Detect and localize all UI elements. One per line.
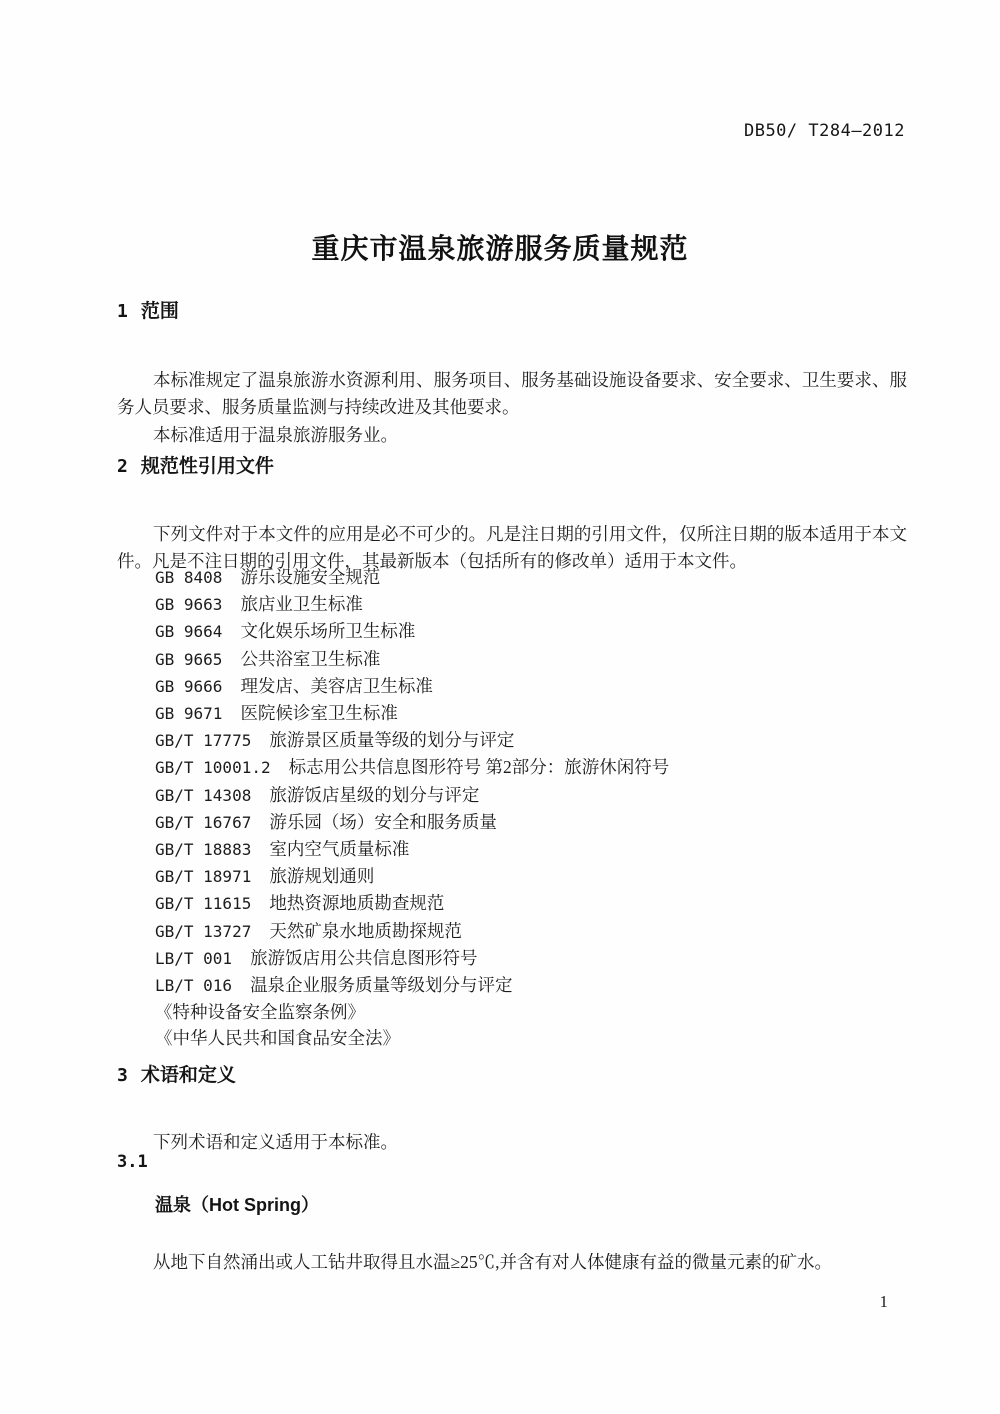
reference-code: GB/T 13727	[155, 919, 251, 945]
reference-code: GB/T 18971	[155, 864, 251, 890]
reference-code: GB/T 16767	[155, 810, 251, 836]
reference-code: GB 9664	[155, 619, 222, 645]
reference-item: GB/T 11615地热资源地质勘查规范	[155, 890, 915, 917]
reference-title: 医院候诊室卫生标准	[240, 703, 398, 723]
reference-title: 地热资源地质勘查规范	[269, 893, 444, 913]
section-3-heading: 3术语和定义	[117, 1060, 236, 1087]
reference-title: 天然矿泉水地质勘探规范	[269, 921, 462, 941]
section-1-heading: 1范围	[117, 296, 179, 323]
reference-code: GB/T 14308	[155, 783, 251, 809]
reference-title: 公共浴室卫生标准	[240, 649, 380, 669]
reference-item: 《中华人民共和国食品安全法》	[155, 1025, 915, 1051]
reference-title: 旅游景区质量等级的划分与评定	[269, 730, 514, 750]
normative-references-list: GB 8408游乐设施安全规范 GB 9663旅店业卫生标准 GB 9664文化…	[155, 564, 915, 1052]
reference-code: GB 9665	[155, 647, 222, 673]
term-definition: 从地下自然涌出或人工钻井取得且水温≥25℃,并含有对人体健康有益的微量元素的矿水…	[117, 1249, 907, 1276]
reference-title: 旅游规划通则	[269, 866, 374, 886]
reference-item: GB 8408游乐设施安全规范	[155, 564, 915, 591]
reference-title: 游乐园（场）安全和服务质量	[269, 812, 497, 832]
section-1-paragraph-2: 本标准适用于温泉旅游服务业。	[117, 422, 907, 449]
section-1-title: 范围	[141, 301, 179, 322]
reference-code: GB/T 17775	[155, 728, 251, 754]
standard-code: DB50/ T284—2012	[744, 121, 905, 141]
section-2-heading: 2规范性引用文件	[117, 451, 274, 478]
reference-code: GB/T 10001.2	[155, 755, 271, 781]
page-number: 1	[880, 1292, 889, 1312]
section-3-number: 3	[117, 1065, 128, 1086]
section-3-intro: 下列术语和定义适用于本标准。	[117, 1129, 907, 1156]
reference-title: 理发店、美容店卫生标准	[240, 676, 433, 696]
reference-item: LB/T 001旅游饭店用公共信息图形符号	[155, 945, 915, 972]
document-page: DB50/ T284—2012 重庆市温泉旅游服务质量规范 1范围 本标准规定了…	[0, 0, 1000, 1414]
reference-item: GB/T 18971旅游规划通则	[155, 863, 915, 890]
reference-item: GB/T 13727天然矿泉水地质勘探规范	[155, 918, 915, 945]
reference-item: LB/T 016温泉企业服务质量等级划分与评定	[155, 972, 915, 999]
reference-item: GB 9665公共浴室卫生标准	[155, 646, 915, 673]
reference-title: 游乐设施安全规范	[240, 567, 380, 587]
reference-title: 温泉企业服务质量等级划分与评定	[250, 975, 513, 995]
reference-item: GB/T 18883室内空气质量标准	[155, 836, 915, 863]
reference-item: 《特种设备安全监察条例》	[155, 999, 915, 1025]
section-2-number: 2	[117, 456, 128, 477]
reference-code: GB/T 11615	[155, 891, 251, 917]
reference-title: 旅游饭店用公共信息图形符号	[250, 948, 478, 968]
reference-item: GB/T 10001.2标志用公共信息图形符号 第2部分：旅游休闲符号	[155, 754, 915, 781]
section-1-number: 1	[117, 301, 128, 322]
reference-item: GB 9664文化娱乐场所卫生标准	[155, 618, 915, 645]
reference-code: GB 9663	[155, 592, 222, 618]
reference-item: GB/T 17775旅游景区质量等级的划分与评定	[155, 727, 915, 754]
reference-code: GB 8408	[155, 565, 222, 591]
reference-code: GB/T 18883	[155, 837, 251, 863]
reference-title: 旅店业卫生标准	[240, 594, 363, 614]
reference-title: 《中华人民共和国食品安全法》	[155, 1028, 400, 1048]
reference-code: LB/T 001	[155, 946, 232, 972]
reference-title: 旅游饭店星级的划分与评定	[269, 785, 479, 805]
term-name: 温泉（Hot Spring）	[155, 1191, 319, 1217]
reference-code: LB/T 016	[155, 973, 232, 999]
document-title: 重庆市温泉旅游服务质量规范	[0, 227, 1000, 267]
term-number: 3.1	[117, 1152, 148, 1172]
reference-title: 标志用公共信息图形符号 第2部分：旅游休闲符号	[289, 757, 670, 777]
reference-title: 《特种设备安全监察条例》	[155, 1002, 365, 1022]
reference-item: GB 9666理发店、美容店卫生标准	[155, 673, 915, 700]
reference-item: GB 9663旅店业卫生标准	[155, 591, 915, 618]
reference-code: GB 9671	[155, 701, 222, 727]
section-2-title: 规范性引用文件	[141, 456, 274, 477]
reference-item: GB/T 14308旅游饭店星级的划分与评定	[155, 782, 915, 809]
reference-title: 文化娱乐场所卫生标准	[240, 621, 415, 641]
reference-item: GB/T 16767游乐园（场）安全和服务质量	[155, 809, 915, 836]
section-1-paragraph-1: 本标准规定了温泉旅游水资源利用、服务项目、服务基础设施设备要求、安全要求、卫生要…	[117, 367, 907, 421]
reference-item: GB 9671医院候诊室卫生标准	[155, 700, 915, 727]
reference-code: GB 9666	[155, 674, 222, 700]
reference-title: 室内空气质量标准	[269, 839, 409, 859]
section-3-title: 术语和定义	[141, 1065, 236, 1086]
